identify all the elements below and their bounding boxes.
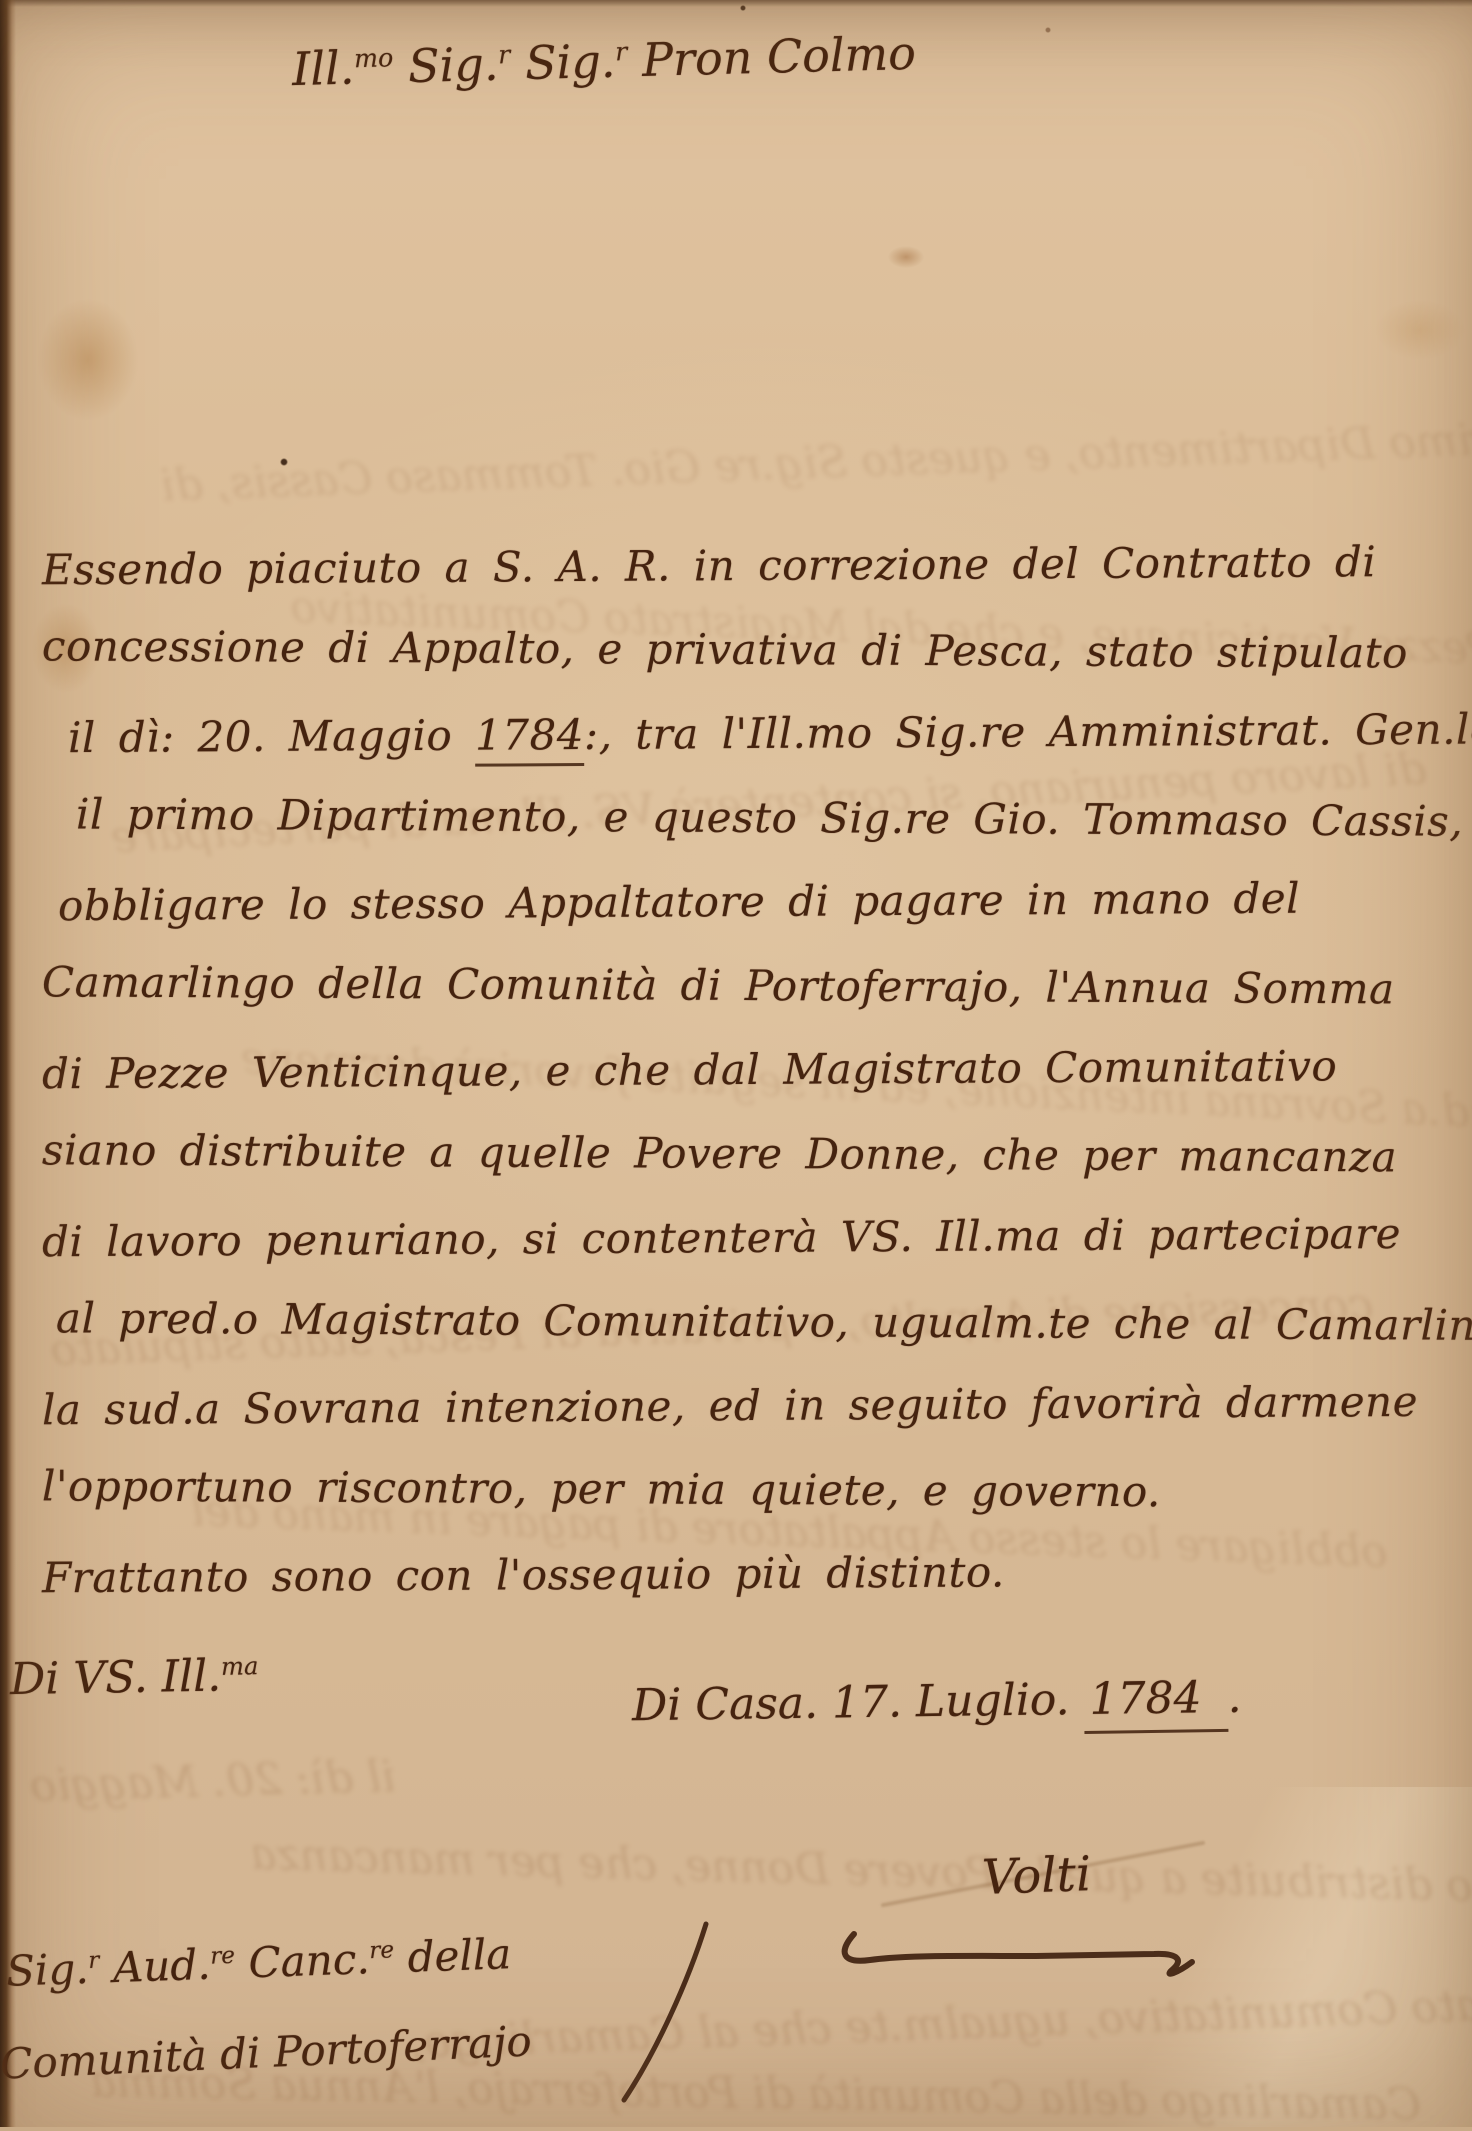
body-line-text: obbligare lo stesso Appaltatore di pagar… [58, 874, 1300, 931]
bleed-through-text: il primo Dipartimento, e questo Sig.re G… [160, 412, 1472, 512]
body-line: al pred.o Magistrato Comunitativo, ugual… [42, 1276, 1450, 1367]
body-line-text: Essendo piaciuto a S. A. R. in correzion… [42, 537, 1377, 594]
salutation-text: Sig. [510, 34, 616, 91]
addressee-line-2: Comunità di Portoferrajo [0, 2016, 533, 2088]
body-line: obbligare lo stesso Appaltatore di pagar… [42, 856, 1450, 949]
valediction-text: Di VS. Ill. [10, 1650, 222, 1705]
body-line-text: l'opportuno riscontro, per mia quiete, e… [42, 1461, 1161, 1516]
salutation-text: Pron Colmo [627, 26, 917, 88]
body-line: di Pezze Venticinque, e che dal Magistra… [42, 1024, 1450, 1117]
book-spine-edge [0, 0, 16, 2127]
underlined-year: 1784 [475, 710, 584, 767]
signature-flourish [836, 1912, 1236, 1992]
signature: Volti [981, 1846, 1092, 1906]
body-line-text: concessione di Appalto, e privativa di P… [42, 621, 1408, 677]
body-line: Essendo piaciuto a S. A. R. in correzion… [42, 520, 1450, 613]
body-line: il dì: 20. Maggio 1784:, tra l'Ill.mo Si… [42, 688, 1450, 781]
valediction: Di VS. Ill.ma [10, 1650, 259, 1705]
manuscript-page: il primo Dipartimento, e questo Sig.re G… [0, 0, 1472, 2127]
valediction-superscript: ma [221, 1652, 259, 1681]
salutation: Ill.mo Sig.r Sig.r Pron Colmo [291, 26, 916, 96]
addressee-text: Aud. [99, 1940, 212, 1993]
body-line-text: :, tra l'Ill.mo Sig.re Amministrat. Gen.… [584, 704, 1472, 759]
dateline: Di Casa. 17. Luglio. 1784. [632, 1672, 1242, 1732]
addressee-text: Canc. [234, 1934, 370, 1988]
bleed-through-text: il dì: 20. Maggio [29, 1751, 396, 1812]
body-line-text: Camarlingo della Comunità di Portoferraj… [42, 957, 1395, 1013]
body-line-text: il primo Dipartimento, e questo Sig.re G… [76, 789, 1472, 846]
dateline-text: Di Casa. 17. Luglio. [632, 1674, 1084, 1731]
body-line-text: siano distribuite a quelle Povere Donne,… [42, 1125, 1397, 1181]
body-line: siano distribuite a quelle Povere Donne,… [42, 1108, 1450, 1199]
body-line: il primo Dipartimento, e questo Sig.re G… [42, 772, 1450, 863]
body-line: Frattanto sono con l'ossequio più distin… [42, 1528, 1450, 1621]
letter-body: Essendo piaciuto a S. A. R. in correzion… [42, 524, 1450, 1616]
underlined-year: 1784 [1083, 1672, 1228, 1734]
body-line: l'opportuno riscontro, per mia quiete, e… [42, 1444, 1450, 1535]
body-line: concessione di Appalto, e privativa di P… [42, 604, 1450, 695]
addressee-line-1: Sig.r Aud.re Canc.re della [5, 1929, 512, 1996]
ink-slash [600, 1912, 740, 2112]
body-line-text: la sud.a Sovrana intenzione, ed in segui… [42, 1377, 1418, 1434]
body-line-text: di lavoro penuriano, si contenterà VS. I… [42, 1209, 1401, 1266]
body-line-text: di Pezze Venticinque, e che dal Magistra… [42, 1041, 1337, 1098]
addressee-text: Sig. [5, 1944, 89, 1996]
body-line: di lavoro penuriano, si contenterà VS. I… [42, 1192, 1450, 1285]
salutation-superscript: mo [354, 43, 394, 73]
addressee-text: della [393, 1929, 512, 1982]
salutation-text: Ill. [291, 41, 355, 97]
salutation-text: Sig. [393, 37, 499, 94]
addressee-superscript: re [210, 1943, 236, 1970]
dateline-text: . [1227, 1672, 1242, 1723]
body-line-text: il dì: 20. Maggio [68, 711, 475, 762]
page-top-edge [0, 0, 1472, 7]
addressee-superscript: re [369, 1937, 395, 1964]
body-line-text: al pred.o Magistrato Comunitativo, ugual… [56, 1293, 1472, 1350]
body-line-text: Frattanto sono con l'ossequio più distin… [42, 1547, 1005, 1602]
addressee-superscript: r [88, 1948, 100, 1974]
body-line: la sud.a Sovrana intenzione, ed in segui… [42, 1360, 1450, 1453]
body-line: Camarlingo della Comunità di Portoferraj… [42, 940, 1450, 1031]
